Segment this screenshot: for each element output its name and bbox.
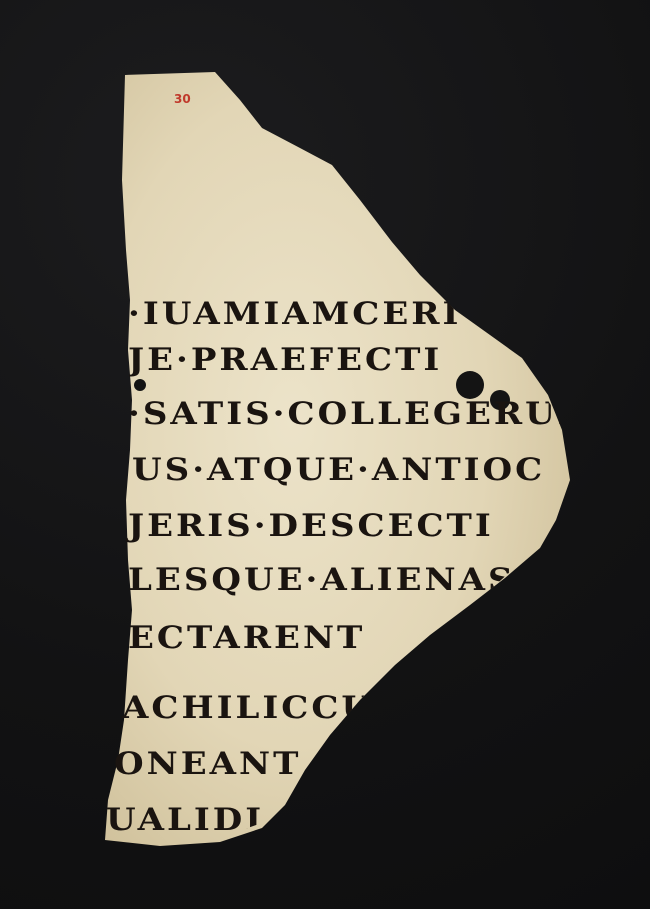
text-line: LESQUE·ALIENAS xyxy=(128,562,516,598)
text-line: ·SATIS·COLLEGERUN xyxy=(128,396,592,432)
text-line: US·ATQUE·ANTIOC xyxy=(132,452,545,488)
text-line: ·IUAMIAMCERI xyxy=(128,296,461,332)
text-line: ONEANT xyxy=(114,746,301,782)
text-line: JERIS·DESCECTI xyxy=(128,508,494,544)
text-line: ACHILICCU xyxy=(122,690,374,726)
text-line: JE·PRAEFECTI xyxy=(128,342,442,378)
text-line: ECTARENT xyxy=(128,620,365,656)
